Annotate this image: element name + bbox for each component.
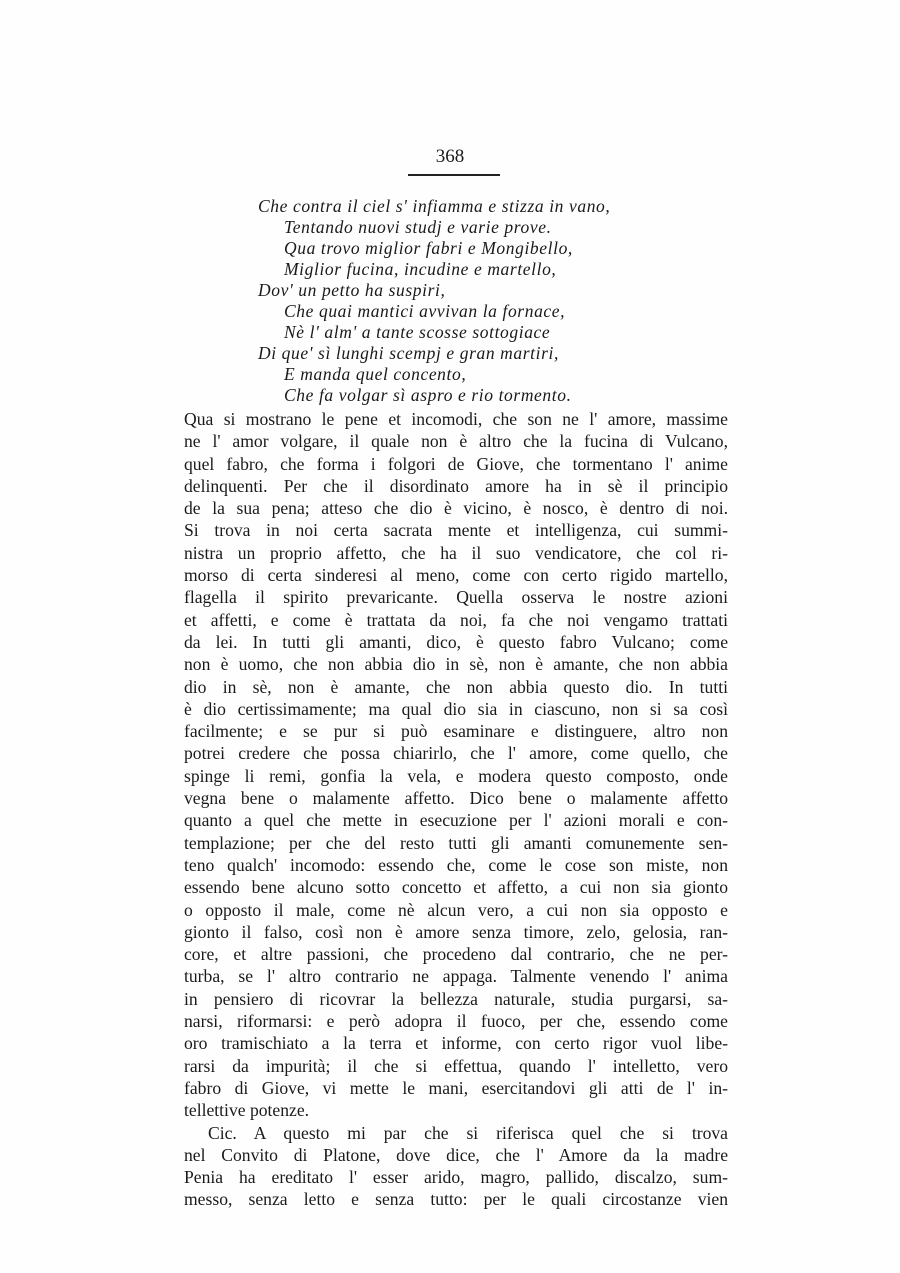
verse-line: E manda quel concento,	[258, 364, 738, 385]
prose-line: rarsi da impurità; il che si effettua, q…	[184, 1055, 728, 1077]
prose-line: Si trova in noi certa sacrata mente et i…	[184, 519, 728, 541]
header-rule	[408, 174, 500, 176]
verse-block: Che contra il ciel s' infiamma e stizza …	[258, 196, 738, 406]
prose-line: messo, senza letto e senza tutto: per le…	[184, 1188, 728, 1210]
prose-line: narsi, riformarsi: e però adopra il fuoc…	[184, 1010, 728, 1032]
prose-line: turba, se l' altro contrario ne appaga. …	[184, 965, 728, 987]
prose-line: et affetti, e come è trattata da noi, fa…	[184, 609, 728, 631]
prose-line: de la sua pena; atteso che dio è vicino,…	[184, 497, 728, 519]
prose-line: morso di certa sinderesi al meno, come c…	[184, 564, 728, 586]
prose-line: da lei. In tutti gli amanti, dico, è que…	[184, 631, 728, 653]
prose-line: in pensiero di ricovrar la bellezza natu…	[184, 988, 728, 1010]
verse-line: Che fa volgar sì aspro e rio tormento.	[258, 385, 738, 406]
prose-line: oro tramischiato a la terra et informe, …	[184, 1032, 728, 1054]
prose-block: Qua si mostrano le pene et incomodi, che…	[184, 408, 728, 1211]
prose-line: quel fabro, che forma i folgori de Giove…	[184, 453, 728, 475]
prose-line: essendo bene alcuno sotto concetto et af…	[184, 876, 728, 898]
prose-line: o opposto il male, come nè alcun vero, a…	[184, 899, 728, 921]
verse-line: Tentando nuovi studj e varie prove.	[258, 217, 738, 238]
prose-line: vegna bene o malamente affetto. Dico ben…	[184, 787, 728, 809]
prose-line: potrei credere che possa chiarirlo, che …	[184, 742, 728, 764]
prose-line: nistra un proprio affetto, che ha il suo…	[184, 542, 728, 564]
verse-line: Qua trovo miglior fabri e Mongibello,	[258, 238, 738, 259]
prose-line: core, et altre passioni, che procedeno d…	[184, 943, 728, 965]
verse-line: Che contra il ciel s' infiamma e stizza …	[258, 196, 738, 217]
prose-line: nel Convito di Platone, dove dice, che l…	[184, 1144, 728, 1166]
prose-line: spinge li remi, gonfia la vela, e modera…	[184, 765, 728, 787]
prose-line: non è uomo, che non abbia dio in sè, non…	[184, 653, 728, 675]
prose-line: facilmente; e se pur si può esaminare e …	[184, 720, 728, 742]
verse-line: Nè l' alm' a tante scosse sottogiace	[258, 322, 738, 343]
prose-line: ne l' amor volgare, il quale non è altro…	[184, 430, 728, 452]
prose-line: Cic. A questo mi par che si riferisca qu…	[184, 1122, 728, 1144]
prose-line: fabro di Giove, vi mette le mani, eserci…	[184, 1077, 728, 1099]
prose-line: tellettive potenze.	[184, 1099, 728, 1121]
prose-line: delinquenti. Per che il disordinato amor…	[184, 475, 728, 497]
verse-line: Che quai mantici avvivan la fornace,	[258, 301, 738, 322]
book-page: 368 Che contra il ciel s' infiamma e sti…	[0, 0, 900, 1273]
prose-line: Qua si mostrano le pene et incomodi, che…	[184, 408, 728, 430]
verse-line: Dov' un petto ha suspiri,	[258, 280, 738, 301]
page-number: 368	[0, 146, 900, 168]
verse-line: Miglior fucina, incudine e martello,	[258, 259, 738, 280]
prose-line: teno qualch' incomodo: essendo che, come…	[184, 854, 728, 876]
prose-line: templazione; per che del resto tutti gli…	[184, 832, 728, 854]
prose-line: flagella il spirito prevaricante. Quella…	[184, 586, 728, 608]
prose-line: gionto il falso, così non è amore senza …	[184, 921, 728, 943]
verse-line: Di que' sì lunghi scempj e gran martiri,	[258, 343, 738, 364]
prose-line: è dio certissimamente; ma qual dio sia i…	[184, 698, 728, 720]
prose-line: Penia ha ereditato l' esser arido, magro…	[184, 1166, 728, 1188]
prose-line: quanto a quel che mette in esecuzione pe…	[184, 809, 728, 831]
prose-line: dio in sè, non è amante, che non abbia q…	[184, 676, 728, 698]
